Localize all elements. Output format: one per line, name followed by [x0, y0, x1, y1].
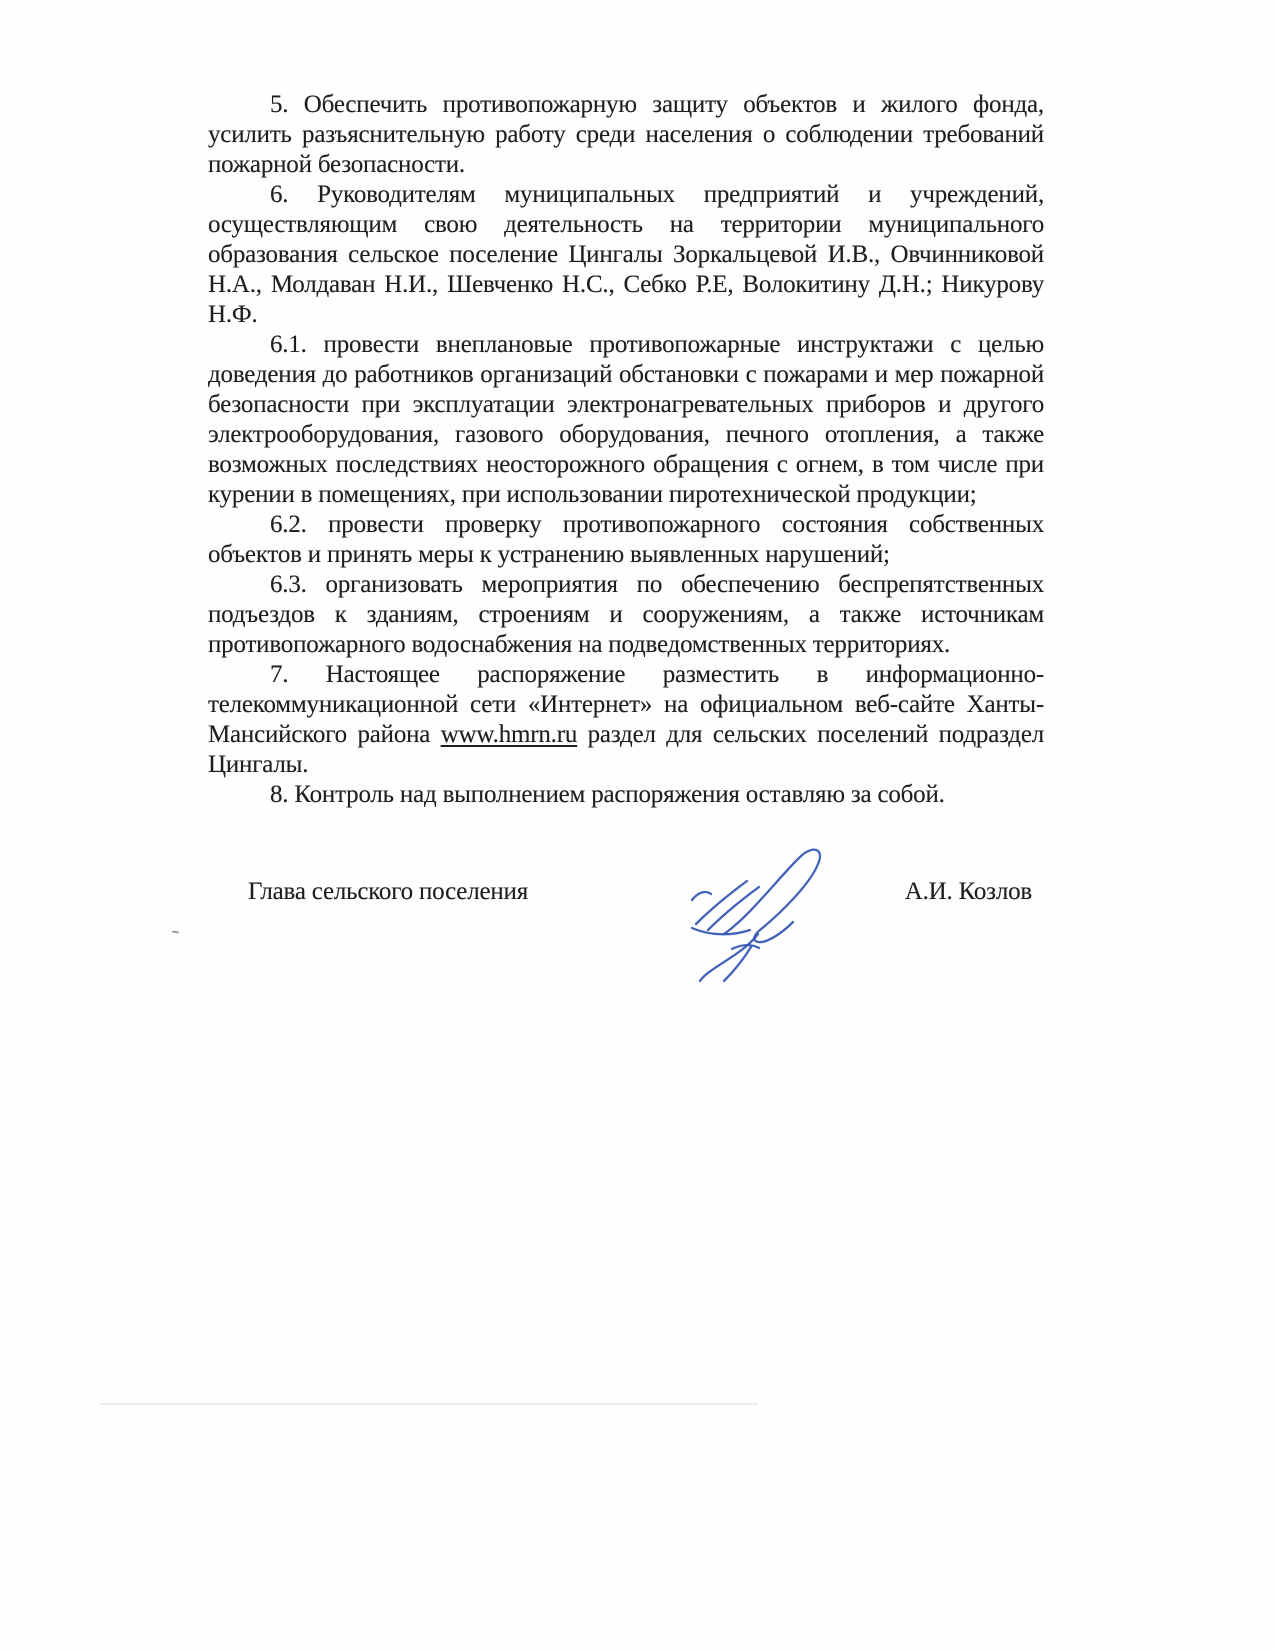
text-fragment: раздел для сельских поселений подраздел [577, 721, 1044, 748]
text-line: электрооборудования, газового оборудован… [208, 420, 1044, 450]
text-line: пожарной безопасности. [208, 150, 1044, 180]
text-line: курении в помещениях, при использовании … [208, 480, 1044, 510]
signatory-title: Глава сельского поселения [208, 878, 528, 906]
text-line: 7. Настоящее распоряжение разместить в и… [208, 660, 1044, 690]
paragraph-6-2: 6.2. провести проверку противопожарного … [208, 510, 1044, 570]
text-line: усилить разъяснительную работу среди нас… [208, 120, 1044, 150]
signature-ink [662, 808, 840, 986]
scan-speck [172, 931, 179, 934]
text-line: возможных последствиях неосторожного обр… [208, 450, 1044, 480]
paragraph-6-1: 6.1. провести внеплановые противопожарны… [208, 330, 1044, 510]
paragraph-6-3: 6.3. организовать мероприятия по обеспеч… [208, 570, 1044, 660]
text-line: осуществляющим свою деятельность на терр… [208, 210, 1044, 240]
text-line: объектов и принять меры к устранению выя… [208, 540, 1044, 570]
text-line: безопасности при эксплуатации электронаг… [208, 390, 1044, 420]
text-line: образования сельское поселение Цингалы З… [208, 240, 1044, 270]
signatory-name: А.И. Козлов [905, 878, 1032, 906]
text-line: Н.Ф. [208, 300, 1044, 330]
text-line: Мансийского района www.hmrn.ru раздел дл… [208, 720, 1044, 750]
text-line: 8. Контроль над выполнением распоряжения… [208, 780, 1044, 810]
paragraph-5: 5. Обеспечить противопожарную защиту объ… [208, 90, 1044, 180]
text-line: подъездов к зданиям, строениям и сооруже… [208, 600, 1044, 630]
scan-artifact-line [100, 1403, 758, 1405]
paragraph-7: 7. Настоящее распоряжение разместить в и… [208, 660, 1044, 780]
text-fragment: Мансийского района [208, 721, 441, 748]
text-line: 6. Руководителям муниципальных предприят… [208, 180, 1044, 210]
text-line: доведения до работников организаций обст… [208, 360, 1044, 390]
document-body: 5. Обеспечить противопожарную защиту объ… [208, 90, 1044, 810]
paragraph-8: 8. Контроль над выполнением распоряжения… [208, 780, 1044, 810]
hmrn-website-link: www.hmrn.ru [441, 721, 577, 748]
text-line: телекоммуникационной сети «Интернет» на … [208, 690, 1044, 720]
text-line: Цингалы. [208, 750, 1044, 780]
text-line: 6.3. организовать мероприятия по обеспеч… [208, 570, 1044, 600]
text-line: противопожарного водоснабжения на подвед… [208, 630, 1044, 660]
text-line: 6.1. провести внеплановые противопожарны… [208, 330, 1044, 360]
scanned-document-page: 5. Обеспечить противопожарную защиту объ… [0, 0, 1275, 1650]
text-line: Н.А., Молдаван Н.И., Шевченко Н.С., Себк… [208, 270, 1044, 300]
paragraph-6: 6. Руководителям муниципальных предприят… [208, 180, 1044, 330]
text-line: 5. Обеспечить противопожарную защиту объ… [208, 90, 1044, 120]
signature-row: Глава сельского поселения А.И. Козлов [208, 878, 1044, 906]
text-line: 6.2. провести проверку противопожарного … [208, 510, 1044, 540]
